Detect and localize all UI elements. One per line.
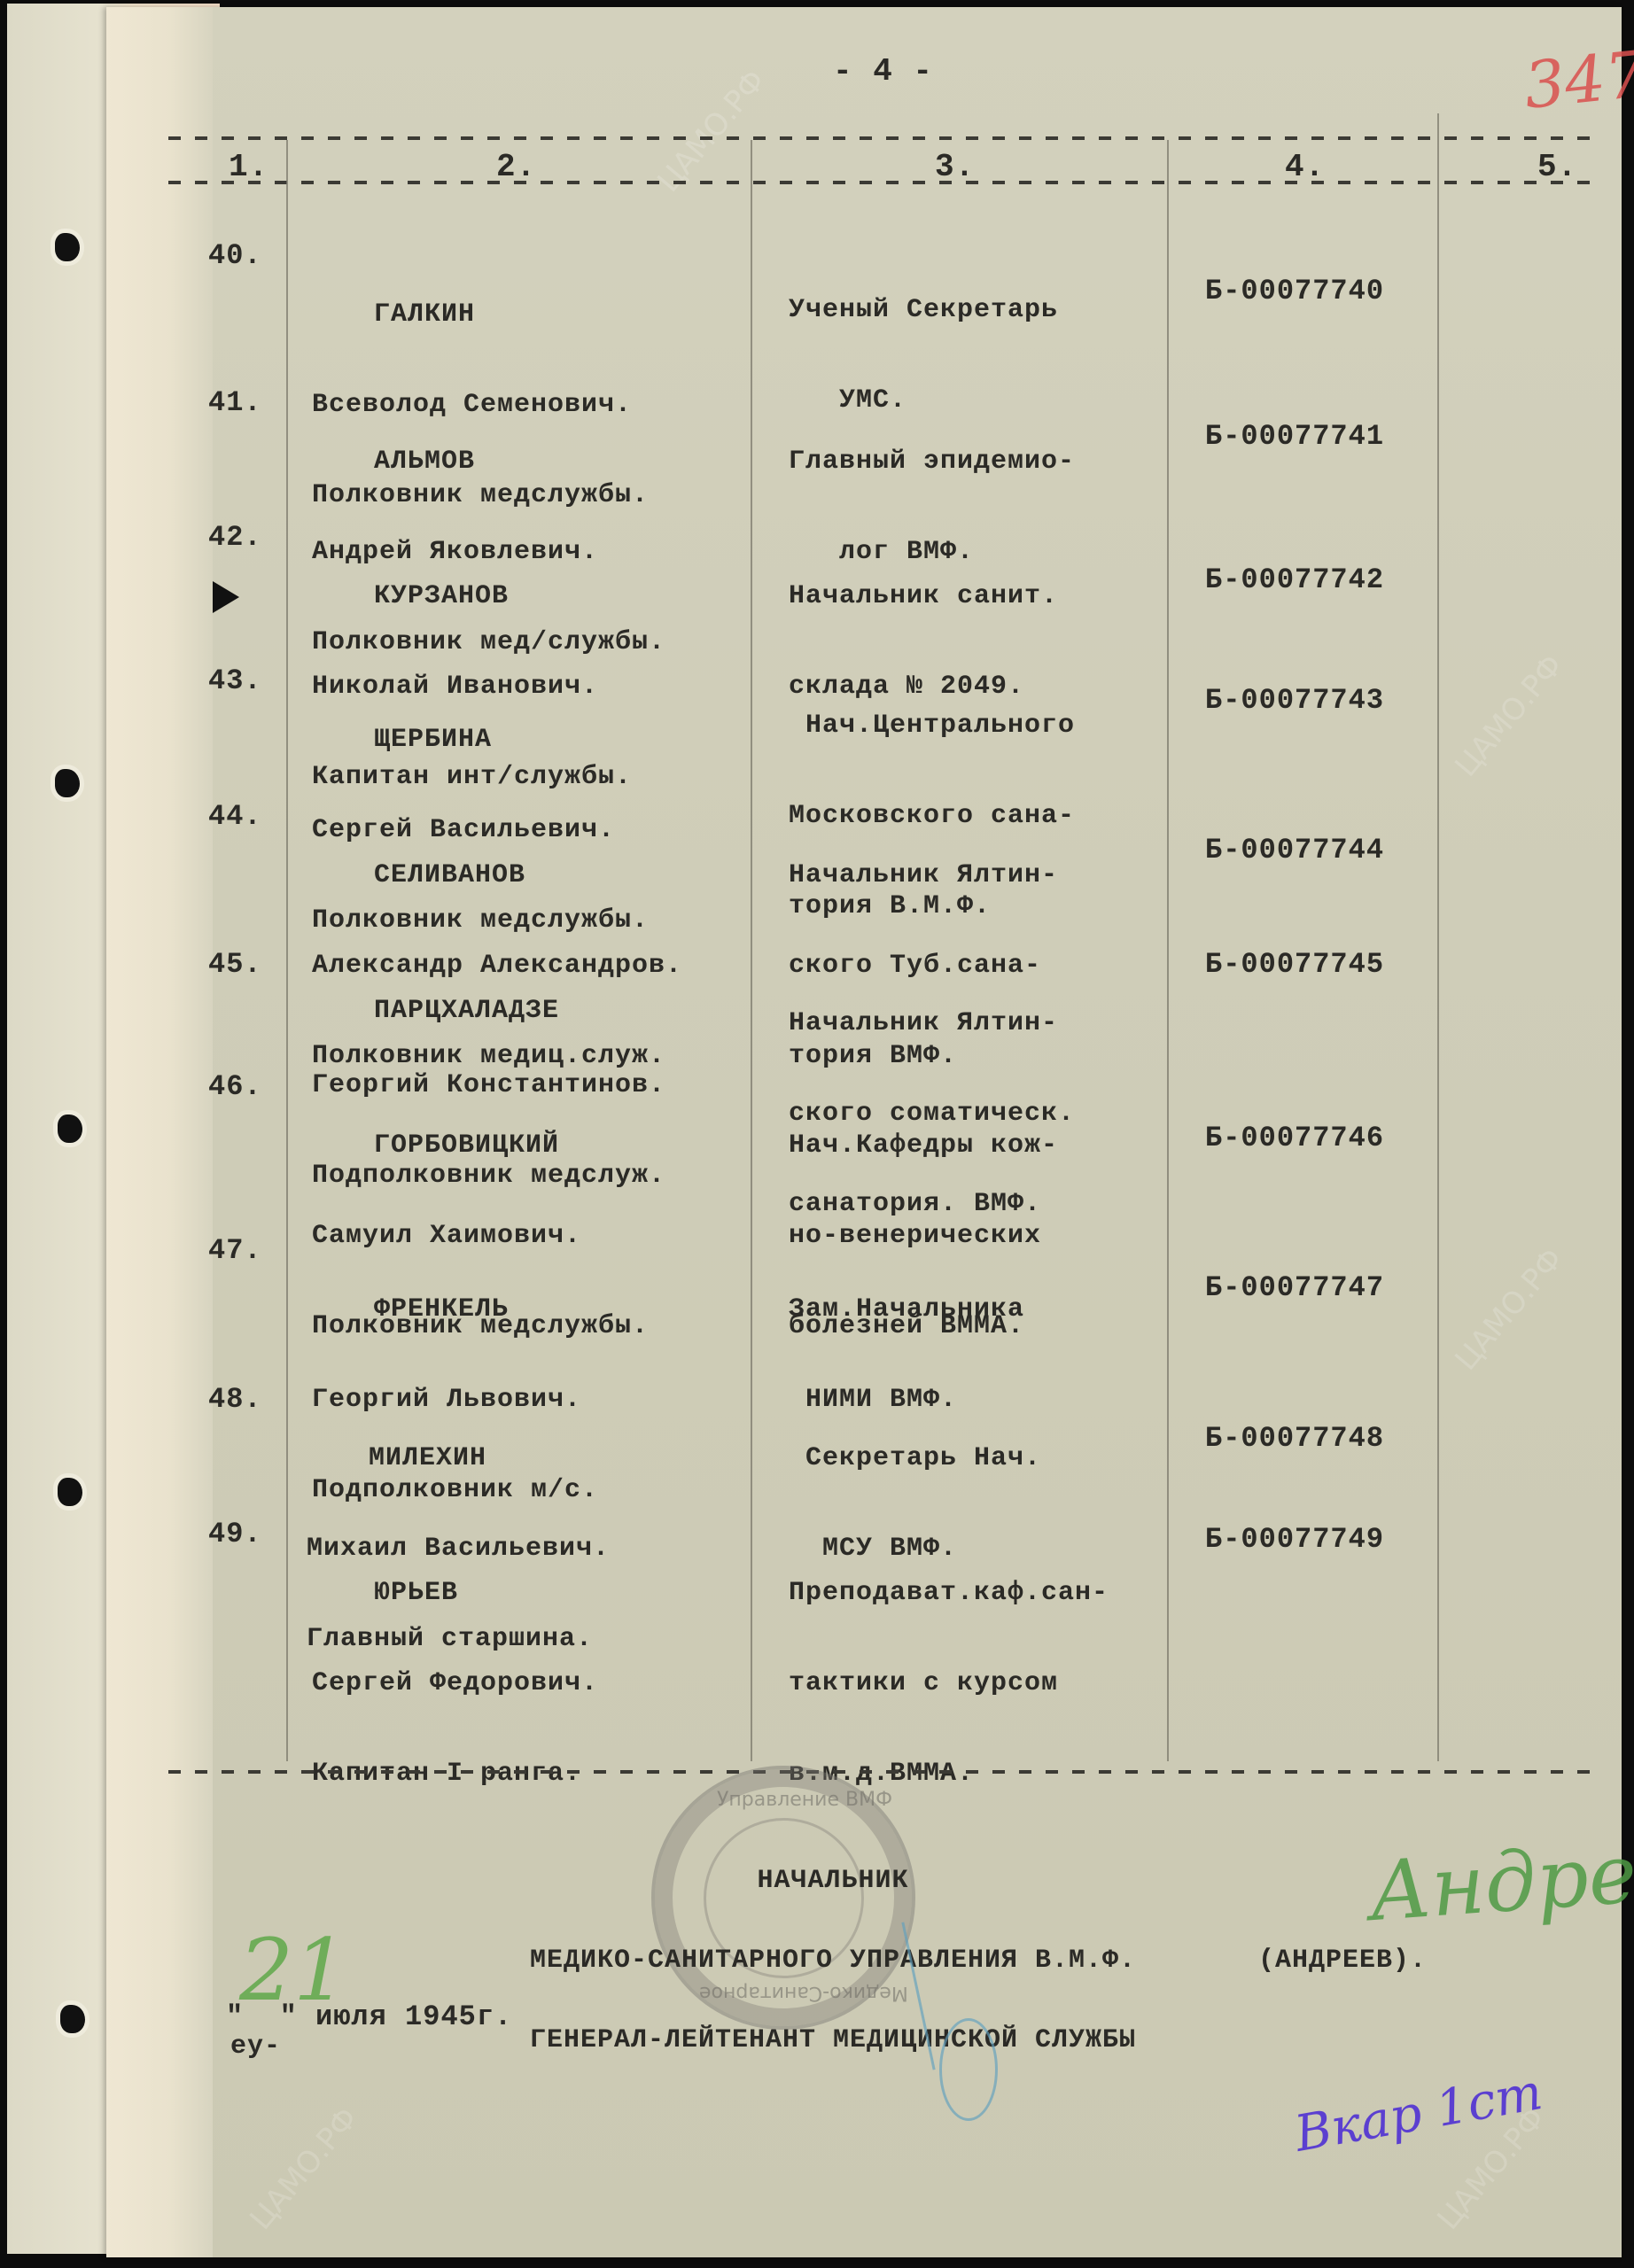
surname: СЕЛИВАНОВ — [312, 860, 682, 890]
punch-hole — [55, 769, 80, 797]
award-number: Б-00077749 — [1205, 1523, 1384, 1556]
signatory-title: НАЧАЛЬНИК МЕДИКО-САНИТАРНОГО УПРАВЛЕНИЯ … — [443, 1814, 1223, 2107]
signatory-line: ГЕНЕРАЛ-ЛЕЙТЕНАНТ МЕДИЦИНСКОЙ СЛУЖБЫ — [443, 2027, 1223, 2054]
post-line: Начальник Ялтин- — [789, 1008, 1075, 1038]
header-rule-bottom — [168, 181, 1604, 184]
award-number: Б-00077744 — [1205, 834, 1384, 866]
column-header-2: 2. — [496, 149, 536, 185]
post-line: Главный эпидемио- — [789, 447, 1075, 477]
post-line: Начальник Ялтин- — [789, 860, 1058, 890]
row-number: 42. — [208, 521, 262, 554]
column-divider — [751, 140, 752, 1761]
surname: АЛЬМОВ — [312, 447, 665, 477]
watermark: ЦАМО.РФ — [243, 2101, 365, 2236]
award-number: Б-00077740 — [1205, 275, 1384, 307]
award-number: Б-00077743 — [1205, 684, 1384, 717]
column-header-5: 5. — [1537, 149, 1577, 185]
surname: ЩЕРБИНА — [312, 725, 649, 755]
margin-arrow-mark — [213, 581, 239, 613]
watermark: ЦАМО.РФ — [1448, 648, 1570, 783]
column-divider — [1167, 140, 1169, 1761]
signatory-line: НАЧАЛЬНИК — [443, 1868, 1223, 1894]
column-header-4: 4. — [1285, 149, 1325, 185]
binding-strip — [106, 7, 213, 2257]
surname: КУРЗАНОВ — [312, 581, 632, 611]
punch-hole — [58, 1115, 82, 1143]
document-page: ЦАМО.РФ ЦАМО.РФ ЦАМО.РФ ЦАМО.РФ ЦАМО.РФ … — [106, 7, 1622, 2257]
surname: ГОРБОВИЦКИЙ — [312, 1130, 649, 1161]
person-cell: ЮРЬЕВ Сергей Федорович. Капитан I ранга. — [312, 1518, 598, 1849]
award-number: Б-00077746 — [1205, 1122, 1384, 1154]
column-divider — [286, 140, 288, 1761]
award-number: Б-00077742 — [1205, 563, 1384, 596]
punch-hole — [58, 1478, 82, 1506]
watermark: ЦАМО.РФ — [650, 63, 773, 198]
rank: Капитан I ранга. — [312, 1759, 598, 1789]
post-line: Нач.Центрального — [789, 711, 1075, 741]
punch-hole — [55, 233, 80, 261]
punch-hole — [60, 2005, 85, 2033]
column-header-3: 3. — [935, 149, 975, 185]
surname: ПАРЦХАЛАДЗЕ — [312, 996, 665, 1026]
post-line: Зам.Начальника — [789, 1294, 1024, 1324]
row-number: 49. — [208, 1518, 262, 1550]
post-line: Ученый Секретарь — [789, 295, 1058, 325]
watermark: ЦАМО.РФ — [1448, 1241, 1570, 1377]
handwritten-signature: Андреев — [1366, 1820, 1634, 1939]
first-names: Сергей Федорович. — [312, 1668, 598, 1698]
surname: ФРЕНКЕЛЬ — [312, 1294, 598, 1324]
surname: ЮРЬЕВ — [312, 1578, 598, 1608]
table-bottom-rule — [168, 1770, 1604, 1774]
post-line: Преподават.каф.сан- — [789, 1578, 1109, 1608]
handwritten-note: Вкар 1ст — [1290, 2063, 1546, 2163]
row-number: 41. — [208, 386, 262, 419]
post-line: Начальник санит. — [789, 581, 1058, 611]
stamp-text-top: Управление ВМФ — [717, 1789, 892, 1811]
award-number: Б-00077747 — [1205, 1271, 1384, 1304]
award-number: Б-00077741 — [1205, 420, 1384, 453]
typist-initials: еу- — [230, 2031, 281, 2062]
column-header-1: 1. — [229, 149, 268, 185]
ink-loop — [939, 2018, 998, 2121]
award-number: Б-00077748 — [1205, 1422, 1384, 1455]
post-line: Секретарь Нач. — [789, 1443, 1041, 1473]
surname: ГАЛКИН — [312, 299, 649, 330]
column-divider — [1437, 113, 1439, 1761]
post-line: тактики с курсом — [789, 1668, 1109, 1698]
signatory-name: (АНДРЕЕВ). — [1258, 1946, 1427, 1976]
document-date: " " июля 1945г. — [226, 2000, 512, 2033]
header-rule-top — [168, 136, 1604, 140]
row-number: 46. — [208, 1070, 262, 1103]
surname: МИЛЕХИН — [307, 1443, 610, 1473]
row-number: 45. — [208, 948, 262, 981]
row-number: 44. — [208, 800, 262, 833]
award-number: Б-00077745 — [1205, 948, 1384, 981]
archive-sheet-number: 347 — [1521, 36, 1634, 123]
row-number: 48. — [208, 1383, 262, 1416]
post-line: Нач.Кафедры кож- — [789, 1130, 1058, 1161]
row-number: 40. — [208, 239, 262, 272]
row-number: 47. — [208, 1234, 262, 1267]
signatory-line: МЕДИКО-САНИТАРНОГО УПРАВЛЕНИЯ В.М.Ф. — [443, 1947, 1223, 1974]
row-number: 43. — [208, 664, 262, 697]
page-number: - 4 - — [833, 53, 933, 89]
